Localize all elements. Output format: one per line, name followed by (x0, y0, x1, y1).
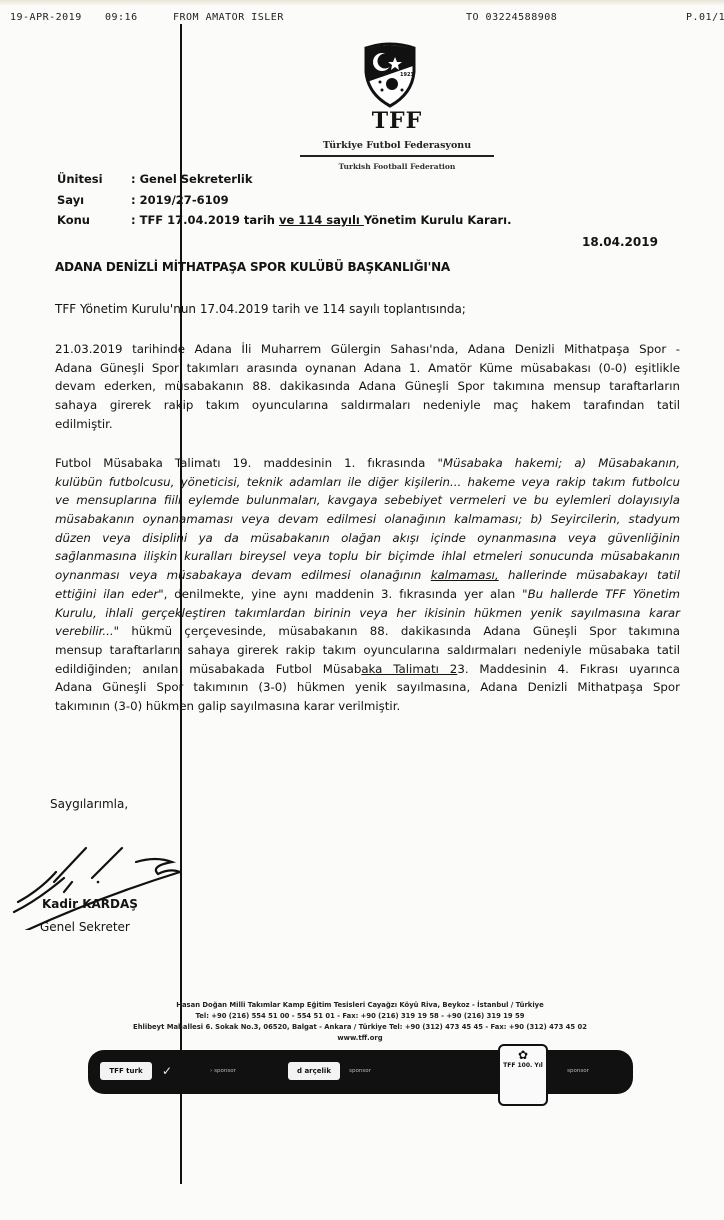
signature-icon (10, 820, 210, 930)
meta-value: : 2019/27-6109 (131, 193, 229, 207)
text-line: düzen veya disiplini ya da müsabakanın o… (55, 529, 680, 548)
quote-run: ve mensuplarına fiili eylemde bulunmalar… (55, 493, 680, 507)
text-line: edilmiştir. (55, 415, 680, 434)
quote-run: "Müsabaka hakemi; a) Müsabakanın, (437, 456, 680, 470)
fax-time: 09:16 (105, 12, 138, 23)
signer-name: Kadir KARDAŞ (42, 897, 138, 911)
text-line: mensup taraftarların sahaya girerek raki… (55, 641, 680, 660)
signer-title: Genel Sekreter (40, 920, 130, 934)
subject-text-end: Yönetim Kurulu Kararı. (364, 213, 512, 227)
footer-website: www.tff.org (60, 1033, 660, 1044)
footer-phone-istanbul: Tel: +90 (216) 554 51 00 - 554 51 01 - F… (60, 1011, 660, 1022)
quote-run: kulübün futbolcusu, yöneticisi, teknik a… (55, 475, 680, 489)
text-run: Futbol Müsabaka Talimatı 19. maddesinin … (55, 456, 437, 470)
quote-run: hallerinde müsabakayı tatil (499, 568, 680, 582)
text-line: Kurulu, ihlali gerçekleştiren takımlarda… (55, 604, 680, 623)
tff-crest-icon: 1923 (362, 42, 418, 108)
text-line: Futbol Müsabaka Talimatı 19. maddesinin … (55, 454, 680, 473)
letter-date: 18.04.2019 (582, 235, 658, 249)
sponsor-logo: d arçelik (288, 1062, 340, 1080)
fax-page: P.01/1 (686, 12, 724, 23)
meta-label: Konu (57, 213, 127, 227)
quote-run: verebilir..." (55, 624, 119, 638)
sponsor-logo: sponsor (340, 1062, 380, 1080)
text-line: 21.03.2019 tarihinde Adana İli Muharrem … (55, 340, 680, 359)
badge-label: TFF 100. Yıl (500, 1062, 546, 1069)
meta-label: Ünitesi (57, 172, 127, 186)
meta-value: : TFF 17.04.2019 tarih ve 114 sayılı Yön… (131, 213, 511, 227)
text-run: hükmü çerçevesinde, müsabakanın 88. daki… (119, 624, 680, 638)
quote-run: müsabakanın oynanamaması veya devam edil… (55, 512, 680, 526)
sponsor-bar: TFF turk ✓ › sponsor d arçelik sponsor ✿… (88, 1050, 633, 1094)
sponsor-logo: sponsor (553, 1062, 603, 1080)
text-line: Adana Güneşli Spor takımları arasında oy… (55, 359, 680, 378)
recipient: ADANA DENİZLİ MİTHATPAŞA SPOR KULÜBÜ BAŞ… (55, 260, 450, 274)
sponsor-logo: › sponsor (198, 1062, 248, 1080)
quote-run: oynanması veya müsabakaya devam edilmesi… (55, 568, 431, 582)
subject-underlined: ve 114 sayılı (279, 213, 364, 227)
text-line: verebilir..." hükmü çerçevesinde, müsaba… (55, 622, 680, 641)
letterhead-subtitle-en: Turkish Football Federation (300, 162, 494, 171)
text-run: edildiğinden; anılan müsabakada Futbol M… (55, 662, 361, 676)
quote-run: sağlanmasına ilişkin kuralları bireysel … (55, 549, 680, 563)
text-line: sahaya girerek rakip takım oyuncularına … (55, 396, 680, 415)
footer-address-istanbul: Hasan Doğan Milli Takımlar Kamp Eğitim T… (60, 1000, 660, 1011)
letterhead-title: TFF (300, 108, 494, 134)
badge-crest-icon: ✿ (500, 1048, 546, 1062)
sponsor-logo-swoosh-icon: ✓ (154, 1062, 180, 1080)
text-line: takımının (3-0) hükmen galip sayılmasına… (55, 697, 680, 716)
fax-header: 19-APR-2019 09:16 FROM AMATOR ISLER TO 0… (10, 12, 724, 28)
text-run: 3. Maddesinin 4. Fıkrası uyarınca (457, 662, 680, 676)
text-run: , denilmekte, yine aynı maddenin 3. fıkr… (164, 587, 523, 601)
meta-value: : Genel Sekreterlik (131, 172, 252, 186)
underlined-run: aka Talimatı 2 (361, 662, 457, 676)
text-line: sağlanmasına ilişkin kuralları bireysel … (55, 547, 680, 566)
underlined-run: kalmaması, (431, 568, 499, 582)
text-line: edildiğinden; anılan müsabakada Futbol M… (55, 660, 680, 679)
paragraph-incident: 21.03.2019 tarihinde Adana İli Muharrem … (55, 340, 680, 433)
svg-text:1923: 1923 (400, 72, 414, 78)
quote-run: Kurulu, ihlali gerçekleştiren takımlarda… (55, 606, 680, 620)
quote-run: "Bu hallerde TFF Yönetim (522, 587, 680, 601)
quote-run: düzen veya disiplini ya da müsabakanın o… (55, 531, 680, 545)
letterhead-subtitle: Türkiye Futbol Federasyonu (300, 140, 494, 157)
text-line: oynanması veya müsabakaya devam edilmesi… (55, 566, 680, 585)
meta-label: Sayı (57, 193, 127, 207)
footer-address: Hasan Doğan Milli Takımlar Kamp Eğitim T… (60, 1000, 660, 1044)
paragraph-decision: Futbol Müsabaka Talimatı 19. maddesinin … (55, 454, 680, 716)
text-line: müsabakanın oynanamaması veya devam edil… (55, 510, 680, 529)
scan-edge (0, 0, 724, 6)
closing: Saygılarımla, (50, 797, 128, 811)
sponsor-logo: TFF turk (100, 1062, 152, 1080)
tff-centenary-badge: ✿ TFF 100. Yıl (498, 1044, 548, 1106)
text-line: ettiğini ilan eder", denilmekte, yine ay… (55, 585, 680, 604)
fax-date: 19-APR-2019 (10, 12, 82, 23)
text-line: ve mensuplarına fiili eylemde bulunmalar… (55, 491, 680, 510)
footer-address-ankara: Ehlibeyt Mahallesi 6. Sokak No.3, 06520,… (60, 1022, 660, 1033)
fax-from: FROM AMATOR ISLER (173, 12, 284, 23)
text-line: kulübün futbolcusu, yöneticisi, teknik a… (55, 473, 680, 492)
text-line: Adana Güneşli Spor takımının (3-0) hükme… (55, 678, 680, 697)
subject-text: : TFF 17.04.2019 tarih (131, 213, 279, 227)
fax-to: TO 03224588908 (466, 12, 557, 23)
intro-line: TFF Yönetim Kurulu'nun 17.04.2019 tarih … (55, 302, 466, 316)
quote-run: ettiğini ilan eder" (55, 587, 164, 601)
text-line: devam ederken, müsabakanın 88. dakikasın… (55, 377, 680, 396)
